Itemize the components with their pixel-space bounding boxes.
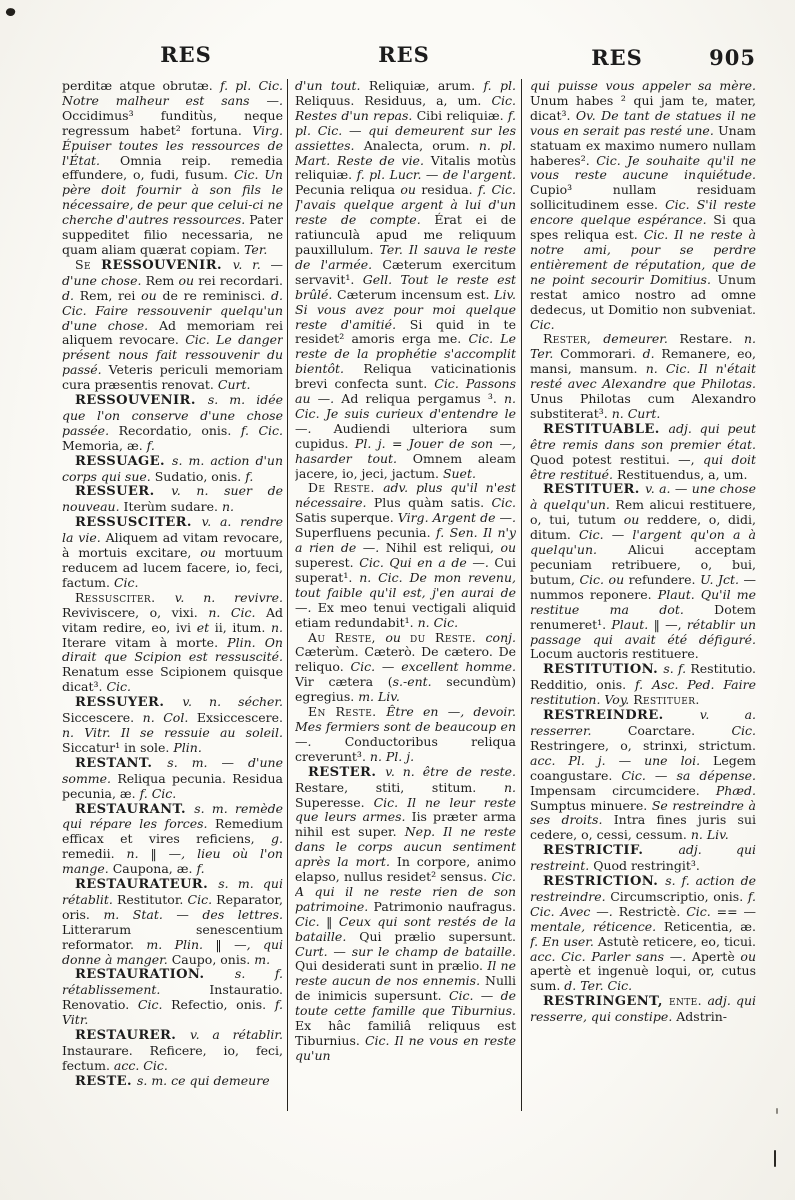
- page-edge-mark: [776, 1108, 778, 1114]
- entry-text-segment: Cæterum incensum est.: [337, 287, 494, 302]
- dictionary-entry: Au Reste, ou du Reste. conj. Cæterùm. Cæ…: [295, 631, 516, 706]
- entry-text-segment: Apertè: [692, 949, 741, 964]
- entry-text-segment: RESSOUVENIR.: [101, 258, 233, 273]
- entry-text-segment: Cic.: [114, 575, 139, 590]
- entry-text-segment: Cic.: [686, 904, 716, 919]
- entry-text-segment: Commorari.: [560, 346, 643, 361]
- entry-text-segment: ‖ —,: [654, 617, 687, 632]
- entry-text-segment: RESTANT.: [75, 756, 167, 771]
- dictionary-entry: RESTITUTION. s. f. Restitutio. Redditio,…: [530, 662, 756, 708]
- entry-text-segment: RESSUAGE.: [75, 454, 172, 469]
- page-number: 905: [676, 45, 756, 70]
- entry-text-segment: Ad reliqua pergamus ³.: [341, 391, 504, 406]
- entry-text-segment: d.: [643, 346, 662, 361]
- entry-text-segment: Cic.: [106, 679, 131, 694]
- entry-text-segment: f. Cic.: [140, 786, 177, 801]
- entry-text-segment: n.: [504, 780, 516, 795]
- entry-text-segment: Cic.: [188, 892, 217, 907]
- entry-text-segment: Reviviscere, o, vixi.: [62, 605, 208, 620]
- running-title-column2: RES: [359, 42, 449, 67]
- entry-text-segment: m.: [254, 952, 270, 967]
- dictionary-entry: d'un tout. Reliquiæ, arum. f. pl. Reliqu…: [295, 79, 516, 481]
- dictionary-entry: RESTE. s. m. ce qui demeure: [62, 1074, 283, 1090]
- entry-text-segment: Quod restringit³.: [593, 858, 700, 873]
- dictionary-entry: RESTRICTION. s. f. action de restreindre…: [530, 874, 756, 994]
- entry-text-segment: v. n. sécher.: [182, 694, 283, 709]
- entry-text-segment: Locum auctoris restituere.: [530, 646, 699, 661]
- entry-text-segment: ‖: [326, 914, 339, 929]
- dictionary-entry: RESTAURER. v. a rétablir. Instaurare. Re…: [62, 1028, 283, 1074]
- entry-text-segment: RESSUSCITER.: [75, 515, 202, 530]
- entry-text-segment: Restitutor.: [117, 892, 188, 907]
- entry-text-segment: Curt.: [218, 377, 251, 392]
- entry-text-segment: RESTRINGENT,: [543, 994, 669, 1009]
- entry-text-segment: n. Cic.: [418, 615, 459, 630]
- entry-text-segment: U. Jct.: [700, 572, 743, 587]
- entry-text-segment: Sumptus minuere.: [530, 798, 652, 813]
- dictionary-entry: RESTAURATION. s. f. rétablissement. Inst…: [62, 967, 283, 1028]
- entry-text-segment: Quod potest restitui. —,: [530, 452, 703, 467]
- entry-text-segment: ente.: [669, 993, 708, 1008]
- dictionary-entry: Se RESSOUVENIR. v. r. — d'une chose. Rem…: [62, 258, 283, 393]
- entry-text-segment: m. Liv.: [358, 689, 400, 704]
- entry-text-segment: Adstrin-: [676, 1009, 727, 1024]
- entry-text-segment: demeurer.: [603, 331, 679, 346]
- entry-text-segment: Caupona, æ.: [113, 861, 197, 876]
- entry-text-segment: Vir cætera (: [295, 674, 393, 689]
- entry-text-segment: Cic. Qui en a de —.: [359, 555, 494, 570]
- entry-text-segment: Siccatur¹ in sole.: [62, 740, 173, 755]
- entry-text-segment: ii, itum.: [209, 620, 271, 635]
- entry-text-segment: RESTRICTION.: [543, 874, 665, 889]
- entry-text-segment: rei recordari.: [194, 273, 283, 288]
- entry-text-segment: Suet.: [443, 466, 476, 481]
- entry-text-segment: Cic. — excellent homme.: [351, 659, 516, 674]
- scanned-dictionary-page: RES RES RES 905 perditæ atque obrutæ. f.…: [0, 0, 795, 1200]
- entry-text-segment: Sudatio, onis.: [155, 469, 246, 484]
- entry-text-segment: Iterare vitam à morte.: [62, 635, 227, 650]
- entry-text-segment: s. m. ce qui demeure: [137, 1073, 270, 1088]
- entry-text-segment: RESTRICTIF.: [543, 843, 678, 858]
- entry-text-segment: =: [392, 436, 409, 451]
- entry-text-segment: Renatum esse Scipionem quisque dicat³.: [62, 664, 283, 694]
- text-column-3: qui puisse vous appeler sa mère. Unum ha…: [530, 79, 756, 1119]
- entry-text-segment: f. pl. Lucr. — de l'argent.: [357, 167, 516, 182]
- entry-text-segment: RESSUYER.: [75, 695, 182, 710]
- entry-text-segment: Plus quàm satis.: [374, 495, 492, 510]
- entry-text-segment: Patrimonio naufragus.: [373, 899, 516, 914]
- entry-text-segment: d.: [62, 288, 80, 303]
- entry-text-segment: f. Cic.: [241, 423, 283, 438]
- entry-text-segment: ou: [500, 540, 516, 555]
- entry-text-segment: n. Liv.: [691, 827, 729, 842]
- entry-text-segment: ou: [178, 273, 194, 288]
- page-edge-mark: [774, 1150, 776, 1167]
- entry-text-segment: f. En user.: [530, 934, 598, 949]
- entry-text-segment: f.: [196, 861, 204, 876]
- entry-text-segment: Exsiccescere.: [197, 710, 283, 725]
- entry-text-segment: RESTAURER.: [75, 1028, 190, 1043]
- entry-text-segment: Virg. Argent de —.: [398, 510, 516, 525]
- ink-speck: [5, 7, 16, 17]
- running-title-column1: RES: [141, 42, 231, 67]
- text-column-1: perditæ atque obrutæ. f. pl. Cic. Notre …: [62, 79, 283, 1119]
- entry-text-segment: RESTITUABLE.: [543, 422, 669, 437]
- entry-text-segment: Circumscriptio, onis.: [610, 889, 748, 904]
- entry-text-segment: Cic. ou: [579, 572, 628, 587]
- entry-text-segment: Plin.: [173, 740, 201, 755]
- entry-text-segment: Impensam circumcidere.: [530, 783, 716, 798]
- text-columns: perditæ atque obrutæ. f. pl. Cic. Notre …: [62, 79, 756, 1119]
- entry-text-segment: Nihil est reliqui,: [386, 540, 501, 555]
- running-title-column3: RES: [572, 45, 662, 70]
- entry-text-segment: Iterùm sudare.: [124, 499, 222, 514]
- entry-text-segment: Phæd.: [716, 783, 756, 798]
- entry-text-segment: f.: [245, 469, 253, 484]
- entry-text-segment: Cic.: [731, 723, 756, 738]
- column-divider: [521, 79, 522, 1111]
- dictionary-entry: RESTRICTIF. adj. qui restreint. Quod res…: [530, 843, 756, 874]
- entry-text-segment: Rem, rei: [80, 288, 141, 303]
- entry-text-segment: Ter.: [244, 242, 267, 257]
- entry-text-segment: Cic.: [491, 495, 516, 510]
- entry-text-segment: ==: [717, 904, 744, 919]
- entry-text-segment: RESSOUVENIR.: [75, 393, 208, 408]
- entry-text-segment: Restituendus, a, um.: [617, 467, 747, 482]
- entry-text-segment: Siccescere.: [62, 710, 143, 725]
- entry-text-segment: v. a rétablir.: [190, 1027, 283, 1042]
- entry-text-segment: De Reste.: [308, 480, 383, 495]
- entry-text-segment: ou: [740, 949, 756, 964]
- entry-text-segment: Coarctare.: [628, 723, 732, 738]
- dictionary-entry: Ressusciter. v. n. revivre. Reviviscere,…: [62, 591, 283, 695]
- entry-text-segment: perditæ atque obrutæ.: [62, 79, 220, 93]
- dictionary-entry: perditæ atque obrutæ. f. pl. Cic. Notre …: [62, 79, 283, 258]
- entry-text-segment: RESTREINDRE.: [543, 708, 700, 723]
- entry-text-segment: Caupo, onis.: [172, 952, 254, 967]
- entry-text-segment: Cic.: [295, 914, 326, 929]
- entry-text-segment: superest.: [295, 555, 359, 570]
- entry-text-segment: RESTE.: [75, 1074, 137, 1089]
- text-column-2: d'un tout. Reliquiæ, arum. f. pl. Reliqu…: [295, 79, 516, 1119]
- entry-text-segment: qui puisse vous appeler sa mère.: [530, 79, 756, 93]
- entry-text-segment: ou: [385, 630, 410, 645]
- dictionary-entry: RESTANT. s. m. — d'une somme. Reliqua pe…: [62, 756, 283, 802]
- entry-text-segment: acc. Pl. j. — une loi.: [530, 753, 713, 768]
- entry-text-segment: ou: [200, 545, 216, 560]
- entry-text-segment: Ressusciter.: [75, 590, 175, 605]
- entry-text-segment: Reticentia, æ.: [664, 919, 756, 934]
- entry-text-segment: Restringere, o, strinxi, strictum.: [530, 738, 756, 753]
- entry-text-segment: RESTAURATEUR.: [75, 877, 218, 892]
- entry-text-segment: s. f.: [663, 661, 690, 676]
- entry-text-segment: n. Curt.: [612, 406, 661, 421]
- dictionary-entry: RESTAURATEUR. s. m. qui rétablit. Restit…: [62, 877, 283, 967]
- entry-text-segment: Curt. — sur le champ de bataille.: [295, 944, 516, 959]
- dictionary-entry: En Reste. Être en —, devoir. Mes fermier…: [295, 705, 516, 765]
- entry-text-segment: remedii.: [62, 846, 127, 861]
- entry-text-segment: v. n. revivre.: [175, 590, 283, 605]
- entry-text-segment: n. Cic.: [208, 605, 266, 620]
- dictionary-entry: RESTAURANT. s. m. remède qui répare les …: [62, 802, 283, 878]
- entry-text-segment: s.-ent.: [393, 674, 447, 689]
- entry-text-segment: Restare.: [679, 331, 744, 346]
- entry-text-segment: f.: [147, 438, 155, 453]
- entry-text-segment: En Reste.: [308, 704, 386, 719]
- entry-text-segment: f. pl.: [484, 79, 517, 93]
- entry-text-segment: Memoria, æ.: [62, 438, 147, 453]
- entry-text-segment: n. Col.: [143, 710, 197, 725]
- entry-text-segment: Qui desiderati sunt in prælio.: [295, 958, 487, 973]
- dictionary-entry: RESSUYER. v. n. sécher. Siccescere. n. C…: [62, 695, 283, 756]
- entry-text-segment: Plaut.: [611, 617, 653, 632]
- entry-text-segment: refundere.: [629, 572, 700, 587]
- entry-text-segment: Restare, stiti, stitum.: [295, 780, 504, 795]
- entry-text-segment: Astutè reticere, eo, ticui.: [598, 934, 756, 949]
- entry-text-segment: n.: [222, 499, 234, 514]
- dictionary-entry: De Reste. adv. plus qu'il n'est nécessai…: [295, 481, 516, 630]
- entry-text-segment: Restrictè.: [619, 904, 687, 919]
- entry-text-segment: conj.: [486, 630, 516, 645]
- entry-text-segment: Qui prælio supersunt.: [359, 929, 516, 944]
- entry-text-segment: n. Vitr. Il se ressuie au soleil.: [62, 725, 283, 740]
- entry-text-segment: Restituer.: [633, 692, 700, 707]
- entry-text-segment: Ex meo tenui vectigali aliquid etiam red…: [295, 600, 516, 630]
- entry-text-segment: Cic. — sa dépense.: [621, 768, 756, 783]
- dictionary-entry: RESTER. v. n. être de reste. Restare, st…: [295, 765, 516, 1064]
- entry-text-segment: n. Pl. j.: [370, 749, 414, 764]
- entry-text-segment: Cibi reliquiæ.: [417, 108, 508, 123]
- entry-text-segment: RESTAURATION.: [75, 967, 235, 982]
- entry-text-segment: Rester,: [543, 331, 603, 346]
- entry-text-segment: Instaurare. Reficere, io, feci, fectum.: [62, 1043, 283, 1073]
- entry-text-segment: Refectio, onis.: [171, 997, 275, 1012]
- entry-text-segment: RESTAURANT.: [75, 802, 194, 817]
- entry-text-segment: Satis superque.: [295, 510, 398, 525]
- entry-text-segment: Analecta, orum.: [364, 138, 479, 153]
- dictionary-entry: RESSOUVENIR. s. m. idée que l'on conserv…: [62, 393, 283, 454]
- entry-text-segment: residua.: [416, 182, 478, 197]
- entry-text-segment: acc. Cic.: [114, 1058, 168, 1073]
- dictionary-entry: Rester, demeurer. Restare. n. Ter. Commo…: [530, 332, 756, 421]
- dictionary-entry: RESSUAGE. s. m. action d'un corps qui su…: [62, 454, 283, 485]
- entry-text-segment: Au Reste,: [308, 630, 385, 645]
- dictionary-entry: RESSUER. v. n. suer de nouveau. Iterùm s…: [62, 484, 283, 515]
- entry-text-segment: g.: [271, 831, 283, 846]
- entry-text-segment: RESTITUER.: [543, 482, 645, 497]
- entry-text-segment: d. Ter. Cic.: [564, 978, 632, 993]
- entry-text-segment: d'un tout.: [295, 79, 369, 93]
- entry-text-segment: Reliquus. Residuus, a, um.: [295, 93, 491, 108]
- entry-text-segment: m. Stat. — des lettres.: [103, 907, 283, 922]
- entry-text-segment: Reliquiæ, arum.: [369, 79, 484, 93]
- dictionary-entry: RESTREINDRE. v. a. resserrer. Coarctare.…: [530, 708, 756, 843]
- column-divider: [287, 79, 288, 1111]
- entry-text-segment: Superesse.: [295, 795, 374, 810]
- entry-text-segment: de re reminisci.: [157, 288, 271, 303]
- entry-text-segment: RESTITUTION.: [543, 662, 663, 677]
- entry-text-segment: et: [197, 620, 209, 635]
- dictionary-entry: RESSUSCITER. v. a. rendre la vie. Alique…: [62, 515, 283, 591]
- dictionary-entry: qui puisse vous appeler sa mère. Unum ha…: [530, 79, 756, 332]
- page-header: RES RES RES 905: [0, 42, 795, 76]
- entry-text-segment: Superfluens pecunia.: [295, 525, 436, 540]
- entry-text-segment: Pecunia reliqua: [295, 182, 400, 197]
- entry-text-segment: RESTER.: [308, 765, 385, 780]
- entry-text-segment: n.: [271, 620, 283, 635]
- entry-text-segment: Pl. j.: [355, 436, 392, 451]
- entry-text-segment: ou: [400, 182, 416, 197]
- entry-text-segment: Rem: [146, 273, 179, 288]
- entry-text-segment: acc. Cic. Parler sans —.: [530, 949, 692, 964]
- entry-text-segment: v. n. être de reste.: [385, 764, 516, 779]
- dictionary-entry: RESTRINGENT, ente. adj. qui resserre, qu…: [530, 994, 756, 1025]
- entry-text-segment: Occidimus³ funditùs, neque regressum hab…: [62, 108, 283, 138]
- entry-text-segment: ou: [141, 288, 157, 303]
- entry-text-segment: RESSUER.: [75, 484, 171, 499]
- entry-text-segment: ou: [624, 512, 640, 527]
- dictionary-entry: RESTITUABLE. adj. qui peut être remis da…: [530, 422, 756, 483]
- entry-text-segment: du Reste.: [410, 630, 486, 645]
- entry-text-segment: Se: [75, 257, 101, 272]
- entry-text-segment: Recordatio, onis.: [119, 423, 241, 438]
- entry-text-segment: Cic.: [530, 317, 555, 332]
- dictionary-entry: RESTITUER. v. a. — une chose à quelqu'un…: [530, 482, 756, 662]
- entry-text-segment: Cic.: [138, 997, 171, 1012]
